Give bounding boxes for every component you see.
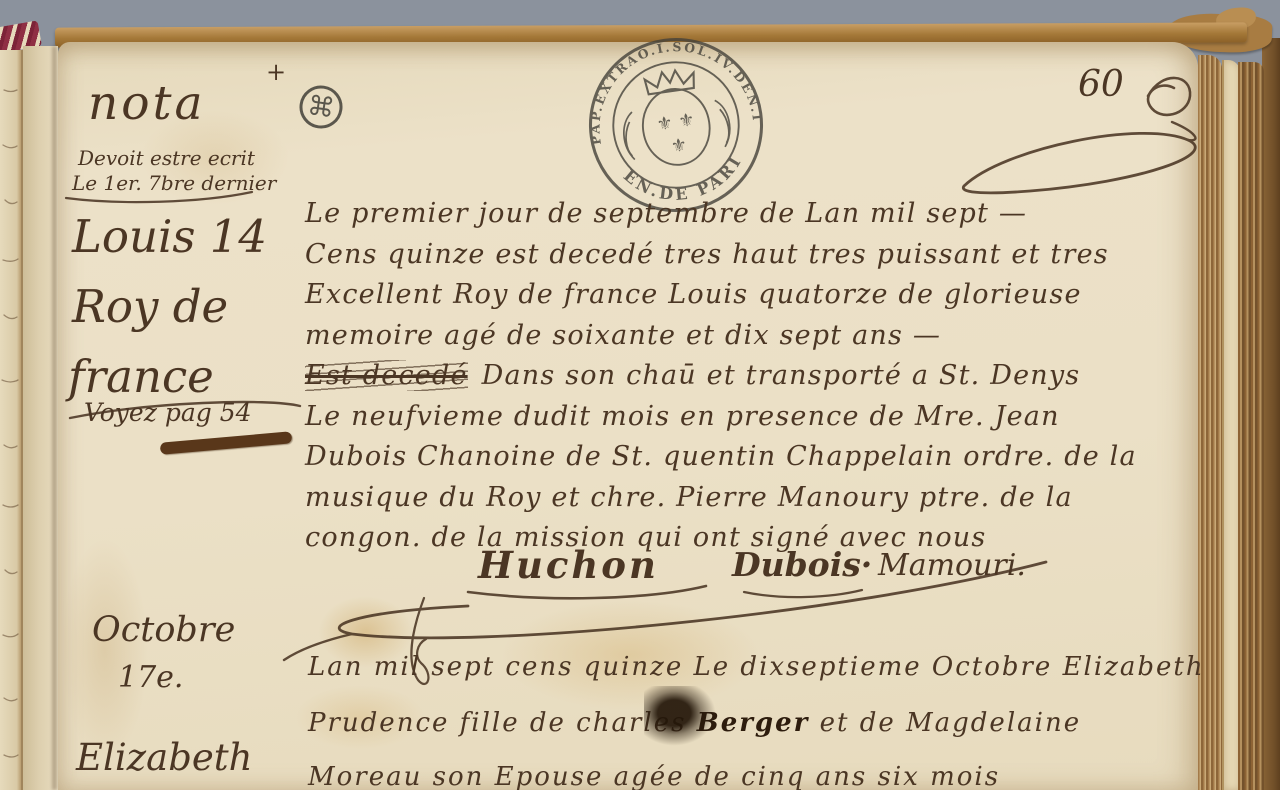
- baptism-line1: Lan mil sept cens quinze Le dixseptieme …: [308, 652, 1205, 682]
- svg-text:⌘: ⌘: [305, 90, 336, 124]
- margin-louis-line2: Roy de: [72, 280, 228, 333]
- record-line: Le premier jour de septembre de Lan mil …: [305, 194, 1205, 235]
- struck-text: Est decedé: [305, 360, 468, 391]
- record-line: Est decedéDans son chaū et transporté a …: [305, 356, 1205, 397]
- nota-line2: Le 1er. 7bre dernier: [72, 171, 276, 195]
- record-line: Dubois Chanoine de St. quentin Chappelai…: [305, 437, 1205, 478]
- baptism-line3: Moreau son Epouse agée de cinq ans six m…: [308, 762, 1000, 790]
- stain: [62, 540, 147, 760]
- ghost-writing: [0, 50, 21, 790]
- signature-dubois: Dubois·: [732, 545, 872, 584]
- crown-icon: [644, 68, 696, 95]
- ink-blot: [644, 686, 716, 746]
- record-line-text: Dans son chaū et transporté a St. Denys: [482, 360, 1081, 391]
- margin-louis-line1: Louis 14: [72, 210, 267, 263]
- page-number: 60: [1078, 64, 1124, 105]
- record-line: Excellent Roy de france Louis quatorze d…: [305, 275, 1205, 316]
- record-line: Le neufvieme dudit mois en presence de M…: [305, 397, 1205, 438]
- fleur-de-lis-icons: ⚜ ⚜: [655, 109, 696, 135]
- margin-page-reference: Voyez pag 54: [84, 398, 252, 427]
- signature-huchon: Huchon: [478, 543, 659, 587]
- death-record: Le premier jour de septembre de Lan mil …: [305, 194, 1205, 559]
- book-cover-edge: [1262, 38, 1280, 790]
- baptism-line2-pre: Prudence fille de charles: [308, 708, 697, 738]
- fleur-de-lis-icon: ⚜: [669, 134, 688, 157]
- palm-left: [621, 112, 639, 161]
- margin-day: 17e.: [118, 660, 183, 695]
- palm-right: [715, 99, 733, 148]
- margin-name: Elizabeth: [76, 736, 253, 779]
- register-book-photo: ⌘ PAP.EXTRAO.I.SOL.IV.DEN.I GEN.DE PARIS…: [0, 0, 1280, 790]
- baptism-line2-post: et de Magdelaine: [809, 708, 1081, 738]
- page-edges-stack-outer: [1238, 62, 1264, 790]
- margin-louis-line3: france: [68, 350, 214, 403]
- nota-line1: Devoit estre ecrit: [78, 146, 255, 170]
- record-line: Cens quinze est decedé tres haut tres pu…: [305, 235, 1205, 276]
- nota-cross: +: [266, 58, 286, 86]
- record-line: memoire agé de soixante et dix sept ans …: [305, 316, 1205, 357]
- nota-word: nota: [88, 76, 205, 131]
- control-stamp-icon: ⌘: [293, 79, 349, 135]
- signature-mamouri: Mamouri.: [878, 548, 1026, 583]
- tax-stamp: PAP.EXTRAO.I.SOL.IV.DEN.I GEN.DE PARIS ⚜…: [577, 30, 775, 220]
- previous-page-edge: [0, 50, 23, 790]
- margin-month: Octobre: [92, 610, 235, 650]
- record-line: musique du Roy et chre. Pierre Manoury p…: [305, 478, 1205, 519]
- gutter-shadow: [52, 46, 57, 790]
